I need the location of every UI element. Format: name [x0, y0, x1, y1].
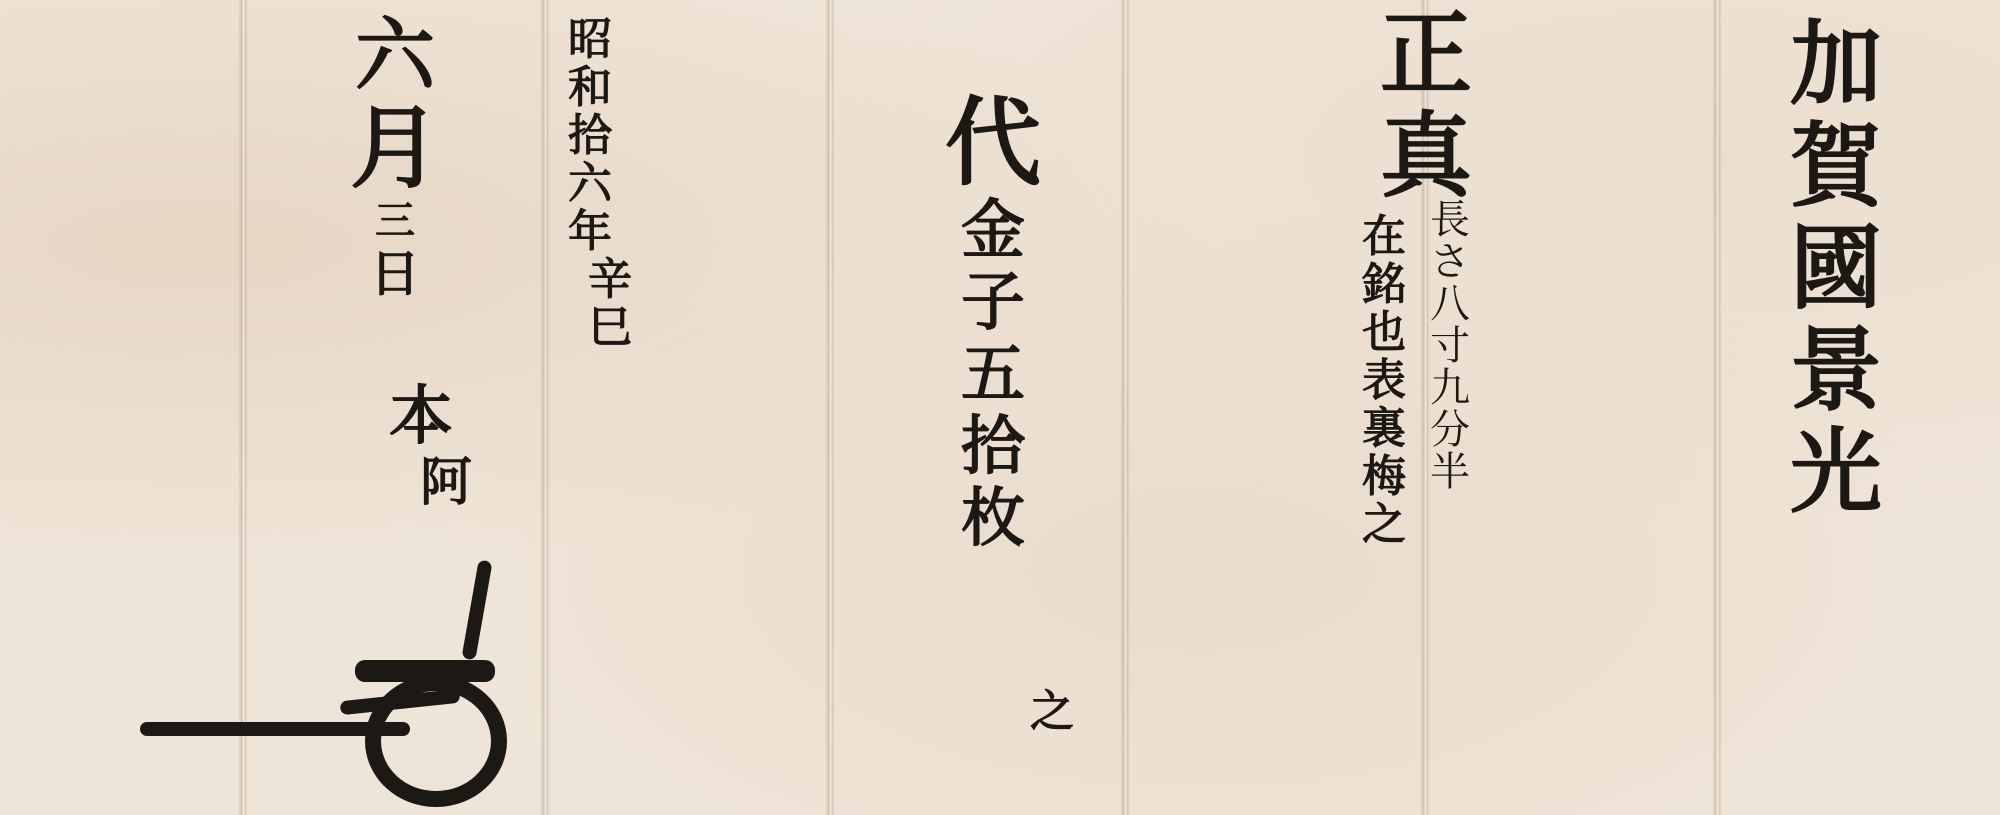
char: 加: [1790, 18, 1882, 110]
char: 拾: [961, 415, 1025, 479]
char: 六: [355, 15, 435, 95]
char: 八: [1430, 284, 1470, 324]
char: 巳: [588, 306, 632, 350]
fold-line: [825, 0, 835, 815]
char: 寸: [1430, 326, 1470, 366]
column-authentic: 正 真: [1380, 8, 1472, 212]
char: 代: [945, 95, 1041, 191]
char: 之: [1362, 503, 1406, 547]
char: 真: [1380, 110, 1472, 202]
char: 長: [1430, 200, 1470, 240]
column-price: 代 金 子 五 拾 枚: [945, 95, 1041, 559]
char: 梅: [1362, 455, 1406, 499]
document-paper: 加 賀 國 景 光 正 真 長 さ 八 寸 九 分 半 在 銘 也 表 裏 梅 …: [0, 0, 2000, 815]
char: 賀: [1790, 120, 1882, 212]
char: 三: [375, 201, 415, 241]
column-swordsmith-name: 加 賀 國 景 光: [1790, 18, 1882, 528]
column-price-suffix: 之: [1030, 690, 1074, 738]
char: 辛: [588, 258, 632, 302]
char: 日: [370, 249, 420, 299]
char: 月: [350, 103, 440, 193]
char: 也: [1362, 311, 1406, 355]
fold-line: [1712, 0, 1722, 815]
char: 枚: [961, 487, 1025, 551]
column-date-year: 昭 和 拾 六 年 辛 巳: [548, 18, 632, 354]
char: 六: [568, 162, 612, 206]
char: 阿: [420, 457, 472, 509]
char: 子: [961, 271, 1025, 335]
char: 國: [1790, 222, 1882, 314]
char: 之: [1030, 690, 1074, 734]
char: 本: [389, 385, 453, 449]
char: 分: [1430, 410, 1470, 450]
char: 光: [1790, 426, 1882, 518]
column-inscription: 在 銘 也 表 裏 梅 之: [1362, 215, 1406, 551]
char: 昭: [568, 18, 612, 62]
char: 五: [961, 343, 1025, 407]
char: 九: [1430, 368, 1470, 408]
char: 表: [1362, 359, 1406, 403]
char: 年: [568, 210, 612, 254]
char: 在: [1362, 215, 1406, 259]
char: さ: [1430, 242, 1470, 282]
char: 半: [1430, 452, 1470, 492]
fold-line: [1120, 0, 1130, 815]
char: 金: [961, 199, 1025, 263]
char: 拾: [568, 114, 612, 158]
char: 景: [1790, 324, 1882, 416]
char: 銘: [1362, 263, 1406, 307]
column-date-month-day: 六 月 三 日: [350, 15, 440, 307]
char: 裏: [1362, 407, 1406, 451]
column-length: 長 さ 八 寸 九 分 半: [1430, 200, 1470, 494]
char: 正: [1380, 8, 1472, 100]
char: 和: [568, 66, 612, 110]
fold-line: [238, 0, 248, 815]
column-signature: 本 阿: [370, 385, 472, 517]
